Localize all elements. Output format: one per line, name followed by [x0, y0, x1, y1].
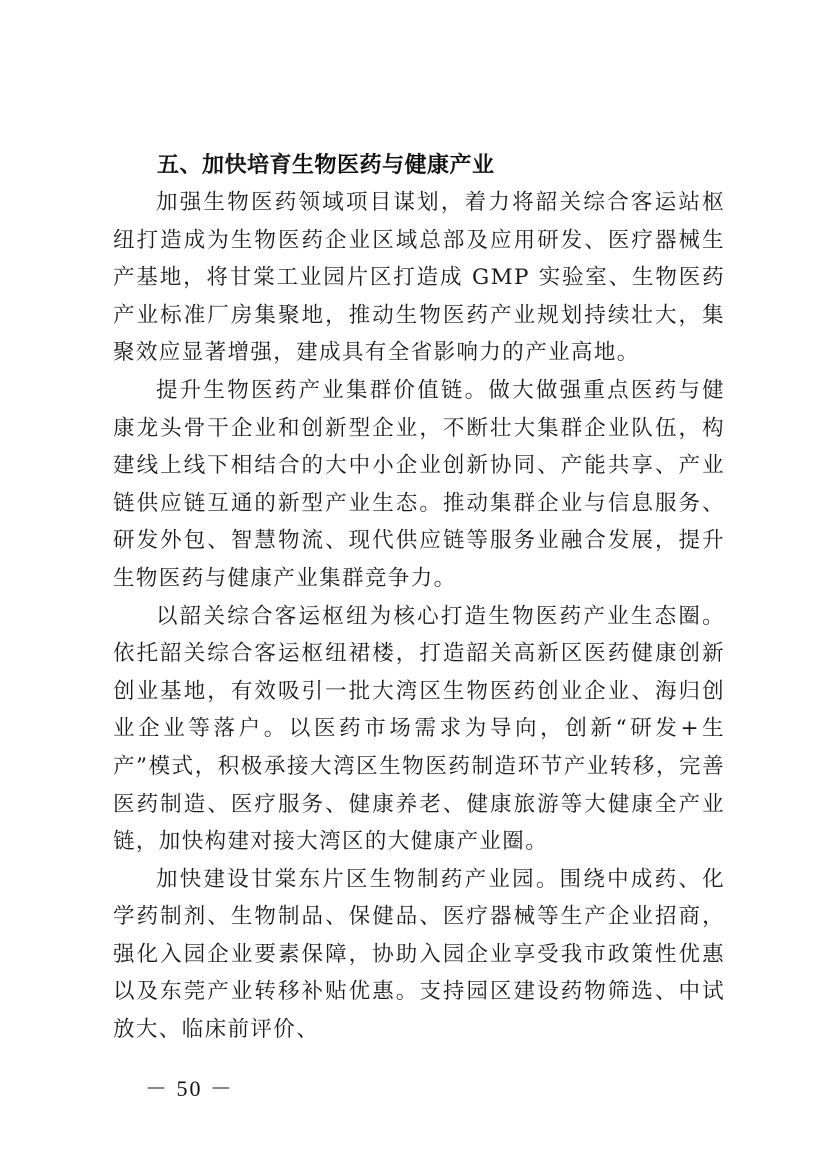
page-number: － 50 －: [145, 1072, 234, 1103]
page-body: 五、加快培育生物医药与健康产业 加强生物医药领域项目谋划，着力将韶关综合客运站枢…: [113, 148, 725, 1049]
paragraph-4: 加快建设甘棠东片区生物制药产业园。围绕中成药、化学药制剂、生物制品、保健品、医疗…: [113, 861, 725, 1049]
paragraph-3: 以韶关综合客运枢纽为核心打造生物医药产业生态圈。依托韶关综合客运枢纽裙楼，打造韶…: [113, 598, 725, 861]
document-page: 五、加快培育生物医药与健康产业 加强生物医药领域项目谋划，着力将韶关综合客运站枢…: [0, 0, 827, 1165]
section-heading: 五、加快培育生物医药与健康产业: [157, 148, 725, 184]
paragraph-2: 提升生物医药产业集群价值链。做大做强重点医药与健康龙头骨干企业和创新型企业，不断…: [113, 372, 725, 598]
paragraph-1: 加强生物医药领域项目谋划，着力将韶关综合客运站枢纽打造成为生物医药企业区域总部及…: [113, 184, 725, 372]
